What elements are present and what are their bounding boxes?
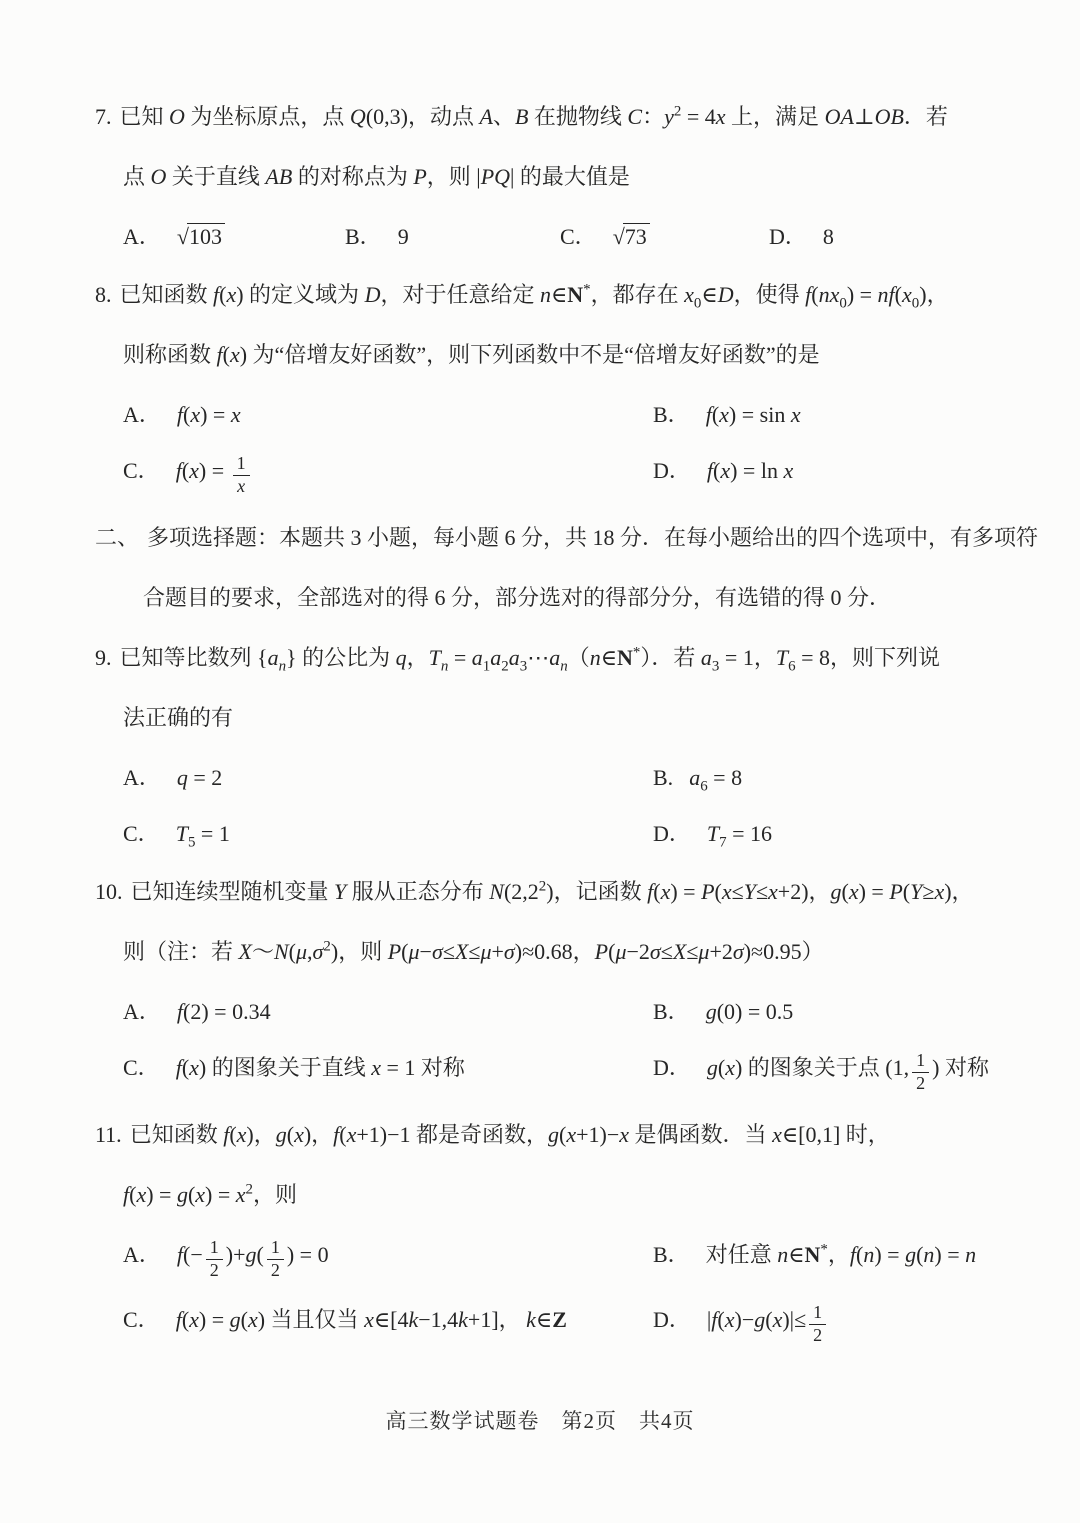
section-2-text-1: 多项选择题：本题共 3 小题，每小题 6 分，共 18 分．在每小题给出的四个选… [147,525,1038,550]
question-7-number: 7. [95,104,112,129]
option-content: f(x) = ln x [707,458,793,483]
option-label: B. [653,765,673,790]
question-10-text-2: 则（注：若 X～N(μ,σ2)，则 P(μ−σ≤X≤μ+σ)≈0.68，P(μ−… [123,939,824,964]
option-content: T5 = 1 [176,821,230,846]
question-7-option-a: A．103 [123,220,345,254]
option-label: A． [123,999,161,1024]
option-label: B． [653,999,690,1024]
question-11-options: A．f(−12)+g(12) = 0 B．对任意 n∈N*，f(n) = g(n… [95,1238,995,1346]
option-label: C． [123,1055,160,1080]
option-content: a6 = 8 [689,765,742,790]
question-10-number: 10. [95,879,123,904]
question-10-options: A．f(2) = 0.34 B．g(0) = 0.5 C．f(x) 的图象关于直… [95,995,995,1094]
question-8-number: 8. [95,282,112,307]
option-label: D． [653,821,691,846]
question-9-number: 9. [95,645,112,670]
question-7-text-1: 已知 O 为坐标原点，点 Q(0,3)，动点 A、B 在抛物线 C：y2 = 4… [120,104,948,129]
question-8-option-d: D．f(x) = ln x [653,454,995,497]
option-label: D． [653,458,691,483]
question-9-option-c: C．T5 = 1 [123,817,653,851]
question-10-option-a: A．f(2) = 0.34 [123,995,653,1029]
option-label: C． [123,458,160,483]
question-10-line-2: 则（注：若 X～N(μ,σ2)，则 P(μ−σ≤X≤μ+σ)≈0.68，P(μ−… [95,935,995,969]
question-7-option-b: B．9 [345,220,560,254]
option-label: C． [560,224,597,249]
option-content: f(x) 的图象关于直线 x = 1 对称 [176,1055,465,1080]
option-content: 103 [177,224,225,249]
question-7-text-2: 点 O 关于直线 AB 的对称点为 P，则 |PQ| 的最大值是 [123,164,630,189]
option-content: g(0) = 0.5 [706,999,794,1024]
option-content: f(x) = x [177,402,241,427]
question-10-line-1: 10.已知连续型随机变量 Y 服从正态分布 N(2,22)，记函数 f(x) =… [95,875,995,909]
page-footer-text: 高三数学试题卷 第2页 共4页 [386,1409,695,1433]
question-9-option-a: A．q = 2 [123,761,653,795]
question-7: 7.已知 O 为坐标原点，点 Q(0,3)，动点 A、B 在抛物线 C：y2 =… [95,100,995,254]
option-label: C． [123,821,160,846]
option-label: D． [653,1055,691,1080]
option-content: g(x) 的图象关于点 (1,12) 对称 [707,1055,989,1080]
question-9-option-d: D．T7 = 16 [653,817,995,851]
question-7-line-2: 点 O 关于直线 AB 的对称点为 P，则 |PQ| 的最大值是 [95,160,995,194]
question-9-option-b: B.a6 = 8 [653,761,995,795]
option-content: |f(x)−g(x)|≤12 [707,1307,829,1332]
exam-content: 7.已知 O 为坐标原点，点 Q(0,3)，动点 A、B 在抛物线 C：y2 =… [95,100,995,1370]
question-11: 11.已知函数 f(x)，g(x)，f(x+1)−1 都是奇函数，g(x+1)−… [95,1118,995,1346]
question-9-text-1: 已知等比数列 {an} 的公比为 q，Tn = a1a2a3⋯an（n∈N*）．… [120,645,940,670]
question-11-option-d: D．|f(x)−g(x)|≤12 [653,1303,995,1346]
question-10-option-b: B．g(0) = 0.5 [653,995,995,1029]
question-11-number: 11. [95,1122,122,1147]
question-9-line-1: 9.已知等比数列 {an} 的公比为 q，Tn = a1a2a3⋯an（n∈N*… [95,641,995,675]
question-10-option-c: C．f(x) 的图象关于直线 x = 1 对称 [123,1051,653,1094]
question-8-option-c: C．f(x) = 1x [123,454,653,497]
section-2-header: 二、多项选择题：本题共 3 小题，每小题 6 分，共 18 分．在每小题给出的四… [95,521,995,615]
question-8-line-2: 则称函数 f(x) 为“倍增友好函数”，则下列函数中不是“倍增友好函数”的是 [95,338,995,372]
question-7-option-d: D．8 [769,220,834,254]
question-11-text-1: 已知函数 f(x)，g(x)，f(x+1)−1 都是奇函数，g(x+1)−x 是… [130,1122,890,1147]
question-11-text-2: f(x) = g(x) = x2，则 [123,1182,297,1207]
question-10-text-1: 已知连续型随机变量 Y 服从正态分布 N(2,22)，记函数 f(x) = P(… [131,879,974,904]
option-content: f(x) = 1x [176,458,253,483]
option-content: 73 [613,224,650,249]
exam-page: 7.已知 O 为坐标原点，点 Q(0,3)，动点 A、B 在抛物线 C：y2 =… [0,0,1080,1523]
question-8-option-a: A．f(x) = x [123,398,653,432]
section-2-number: 二、 [95,525,139,550]
page-footer: 高三数学试题卷 第2页 共4页 [0,1405,1080,1435]
question-8-line-1: 8.已知函数 f(x) 的定义域为 D，对于任意给定 n∈N*，都存在 x0∈D… [95,278,995,312]
question-11-option-a: A．f(−12)+g(12) = 0 [123,1238,653,1281]
question-11-option-b: B．对任意 n∈N*，f(n) = g(n) = n [653,1238,995,1281]
question-8-text-2: 则称函数 f(x) 为“倍增友好函数”，则下列函数中不是“倍增友好函数”的是 [123,342,820,367]
option-content: f(−12)+g(12) = 0 [177,1242,329,1267]
option-content: 对任意 n∈N*，f(n) = g(n) = n [706,1242,976,1267]
option-label: D． [769,224,807,249]
question-9: 9.已知等比数列 {an} 的公比为 q，Tn = a1a2a3⋯an（n∈N*… [95,641,995,851]
option-label: D． [653,1307,691,1332]
option-label: A． [123,1242,161,1267]
section-2-line-1: 二、多项选择题：本题共 3 小题，每小题 6 分，共 18 分．在每小题给出的四… [95,521,995,555]
option-content: T7 = 16 [707,821,772,846]
option-content: f(x) = g(x) 当且仅当 x∈[4k−1,4k+1]， k∈Z [176,1307,567,1332]
option-label: A． [123,765,161,790]
question-8-options: A．f(x) = x B．f(x) = sin x C．f(x) = 1x D．… [95,398,995,497]
question-8-text-1: 已知函数 f(x) 的定义域为 D，对于任意给定 n∈N*，都存在 x0∈D，使… [120,282,949,307]
question-7-line-1: 7.已知 O 为坐标原点，点 Q(0,3)，动点 A、B 在抛物线 C：y2 =… [95,100,995,134]
question-8: 8.已知函数 f(x) 的定义域为 D，对于任意给定 n∈N*，都存在 x0∈D… [95,278,995,497]
question-10: 10.已知连续型随机变量 Y 服从正态分布 N(2,22)，记函数 f(x) =… [95,875,995,1094]
option-label: A． [123,402,161,427]
option-label: B． [345,224,382,249]
option-content: 9 [398,224,409,249]
question-11-option-c: C．f(x) = g(x) 当且仅当 x∈[4k−1,4k+1]， k∈Z [123,1303,653,1346]
option-label: B． [653,1242,690,1267]
option-content: 8 [823,224,834,249]
question-9-text-2: 法正确的有 [123,705,233,730]
section-2-text-2: 合题目的要求，全部选对的得 6 分，部分选对的得部分分，有选错的得 0 分． [143,585,891,610]
section-2-line-2: 合题目的要求，全部选对的得 6 分，部分选对的得部分分，有选错的得 0 分． [95,581,995,615]
question-10-option-d: D．g(x) 的图象关于点 (1,12) 对称 [653,1051,995,1094]
question-7-option-c: C．73 [560,220,769,254]
option-content: q = 2 [177,765,222,790]
option-content: f(x) = sin x [706,402,801,427]
question-11-line-2: f(x) = g(x) = x2，则 [95,1178,995,1212]
question-9-line-2: 法正确的有 [95,701,995,735]
question-9-options: A．q = 2 B.a6 = 8 C．T5 = 1 D．T7 = 16 [95,761,995,851]
option-label: A． [123,224,161,249]
option-label: C． [123,1307,160,1332]
option-content: f(2) = 0.34 [177,999,271,1024]
question-7-options: A．103 B．9 C．73 D．8 [95,220,995,254]
question-11-line-1: 11.已知函数 f(x)，g(x)，f(x+1)−1 都是奇函数，g(x+1)−… [95,1118,995,1152]
option-label: B． [653,402,690,427]
question-8-option-b: B．f(x) = sin x [653,398,995,432]
